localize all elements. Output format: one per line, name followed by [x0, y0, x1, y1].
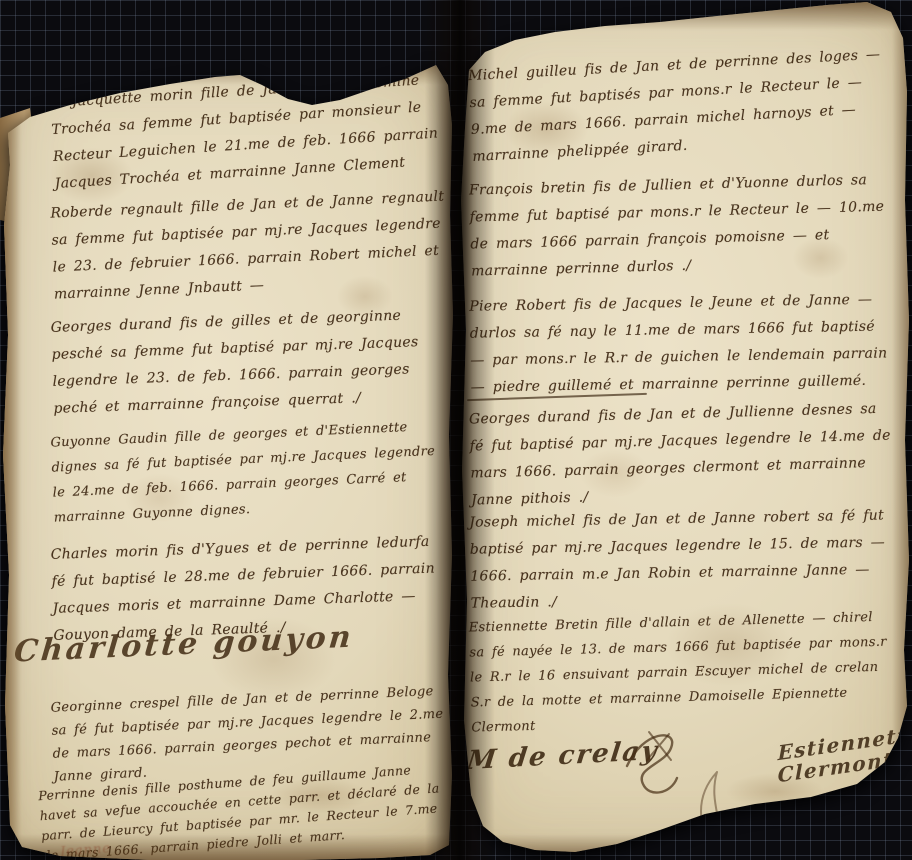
- baptism-record-roberde-regnault: Roberde regnault fille de Jan et de Jann…: [50, 183, 449, 308]
- baptism-record-georges-durand-1: Georges durand fis de gilles et de georg…: [50, 301, 449, 423]
- baptism-record-joseph-michel: Joseph michel fis de Jan et de Janne rob…: [469, 502, 894, 617]
- manuscript-photo: Jacquette morin fille de Jan et de guill…: [0, 0, 912, 860]
- baptism-record-jacquette-morin: Jacquette morin fille de Jan et de guill…: [49, 66, 450, 198]
- baptism-record-francois-bretin: François bretin fis de Jullien et d'Yuon…: [469, 166, 895, 285]
- baptism-record-michel-guilleu: Michel guilleu fis de Jan et de perrinne…: [467, 41, 895, 171]
- signature-underline-flourish: [773, 788, 912, 834]
- left-page-deckle-edge: [0, 55, 20, 860]
- right-page-parchment: Michel guilleu fis de Jan et de perrinne…: [455, 0, 912, 860]
- left-page-parchment: Jacquette morin fille de Jan et de guill…: [0, 55, 456, 860]
- baptism-record-estiennette-bretin: Estiennette Bretin fille d'allain et de …: [468, 604, 894, 740]
- baptism-record-piere-robert: Piere Robert fis de Jacques le Jeune et …: [469, 286, 894, 401]
- descender-loop-flourish: [687, 768, 747, 856]
- baptism-record-georges-durand-2: Georges durand fis de Jan et de Jullienn…: [469, 395, 895, 514]
- left-page: Jacquette morin fille de Jan et de guill…: [0, 55, 456, 860]
- right-page: Michel guilleu fis de Jan et de perrinne…: [455, 0, 912, 860]
- baptism-record-guyonne-gaudin: Guyonne Gaudin fille de georges et d'Est…: [50, 413, 449, 530]
